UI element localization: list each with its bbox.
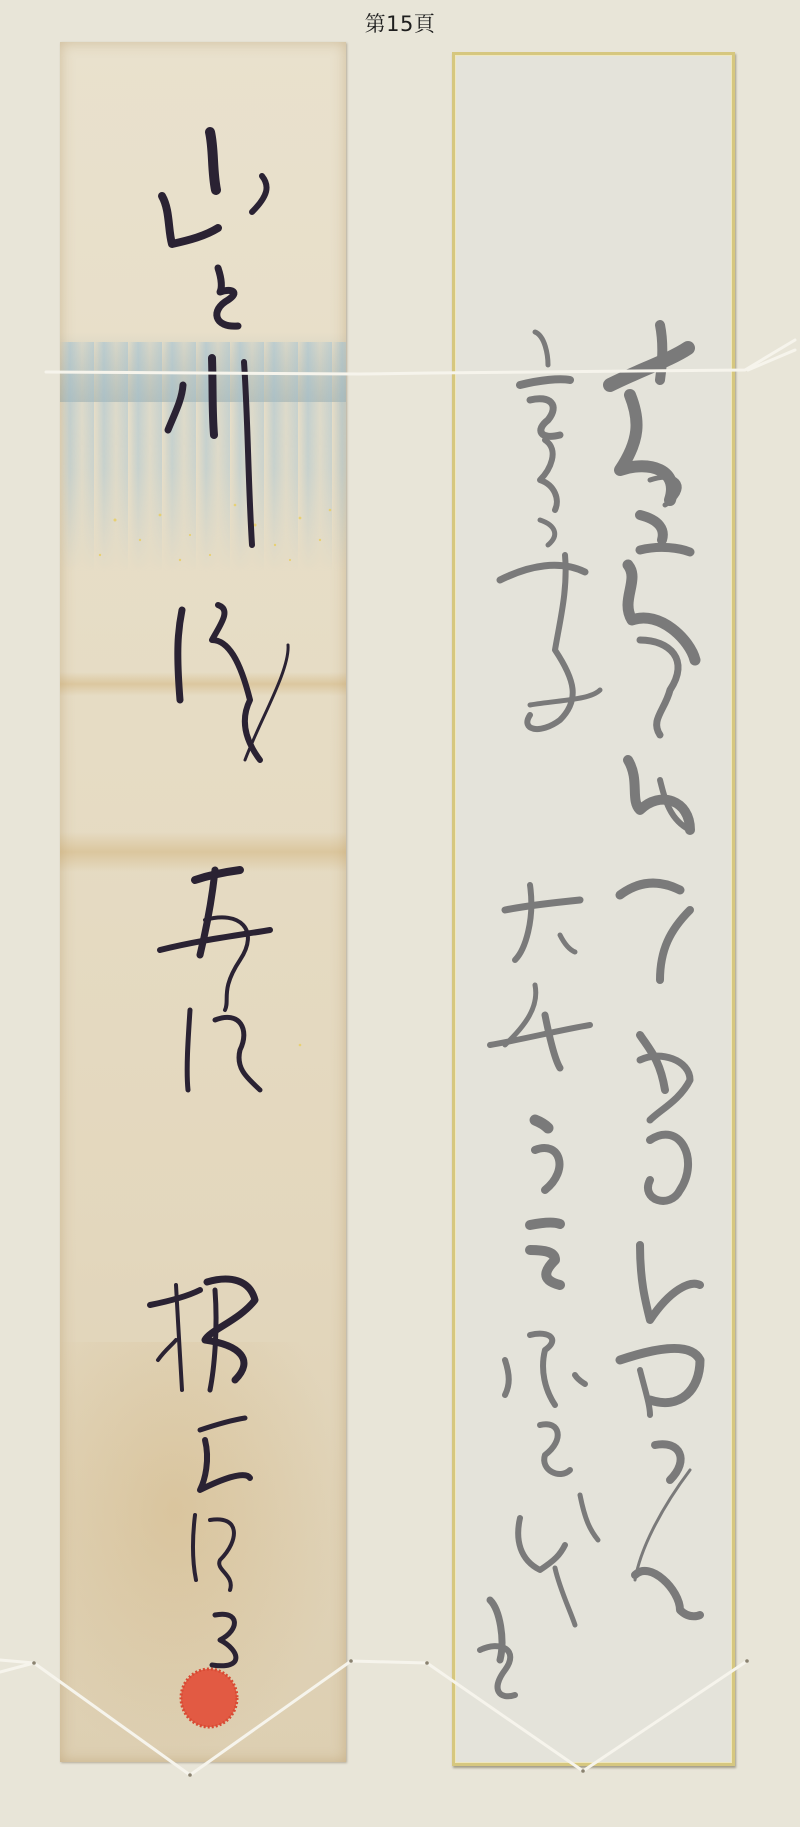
gold-flecks <box>99 504 332 1047</box>
left-calligraphy <box>150 132 288 1666</box>
right-calligraphy <box>480 325 700 1696</box>
calligraphy-overlay <box>0 0 800 1827</box>
string-knots <box>32 1659 749 1777</box>
